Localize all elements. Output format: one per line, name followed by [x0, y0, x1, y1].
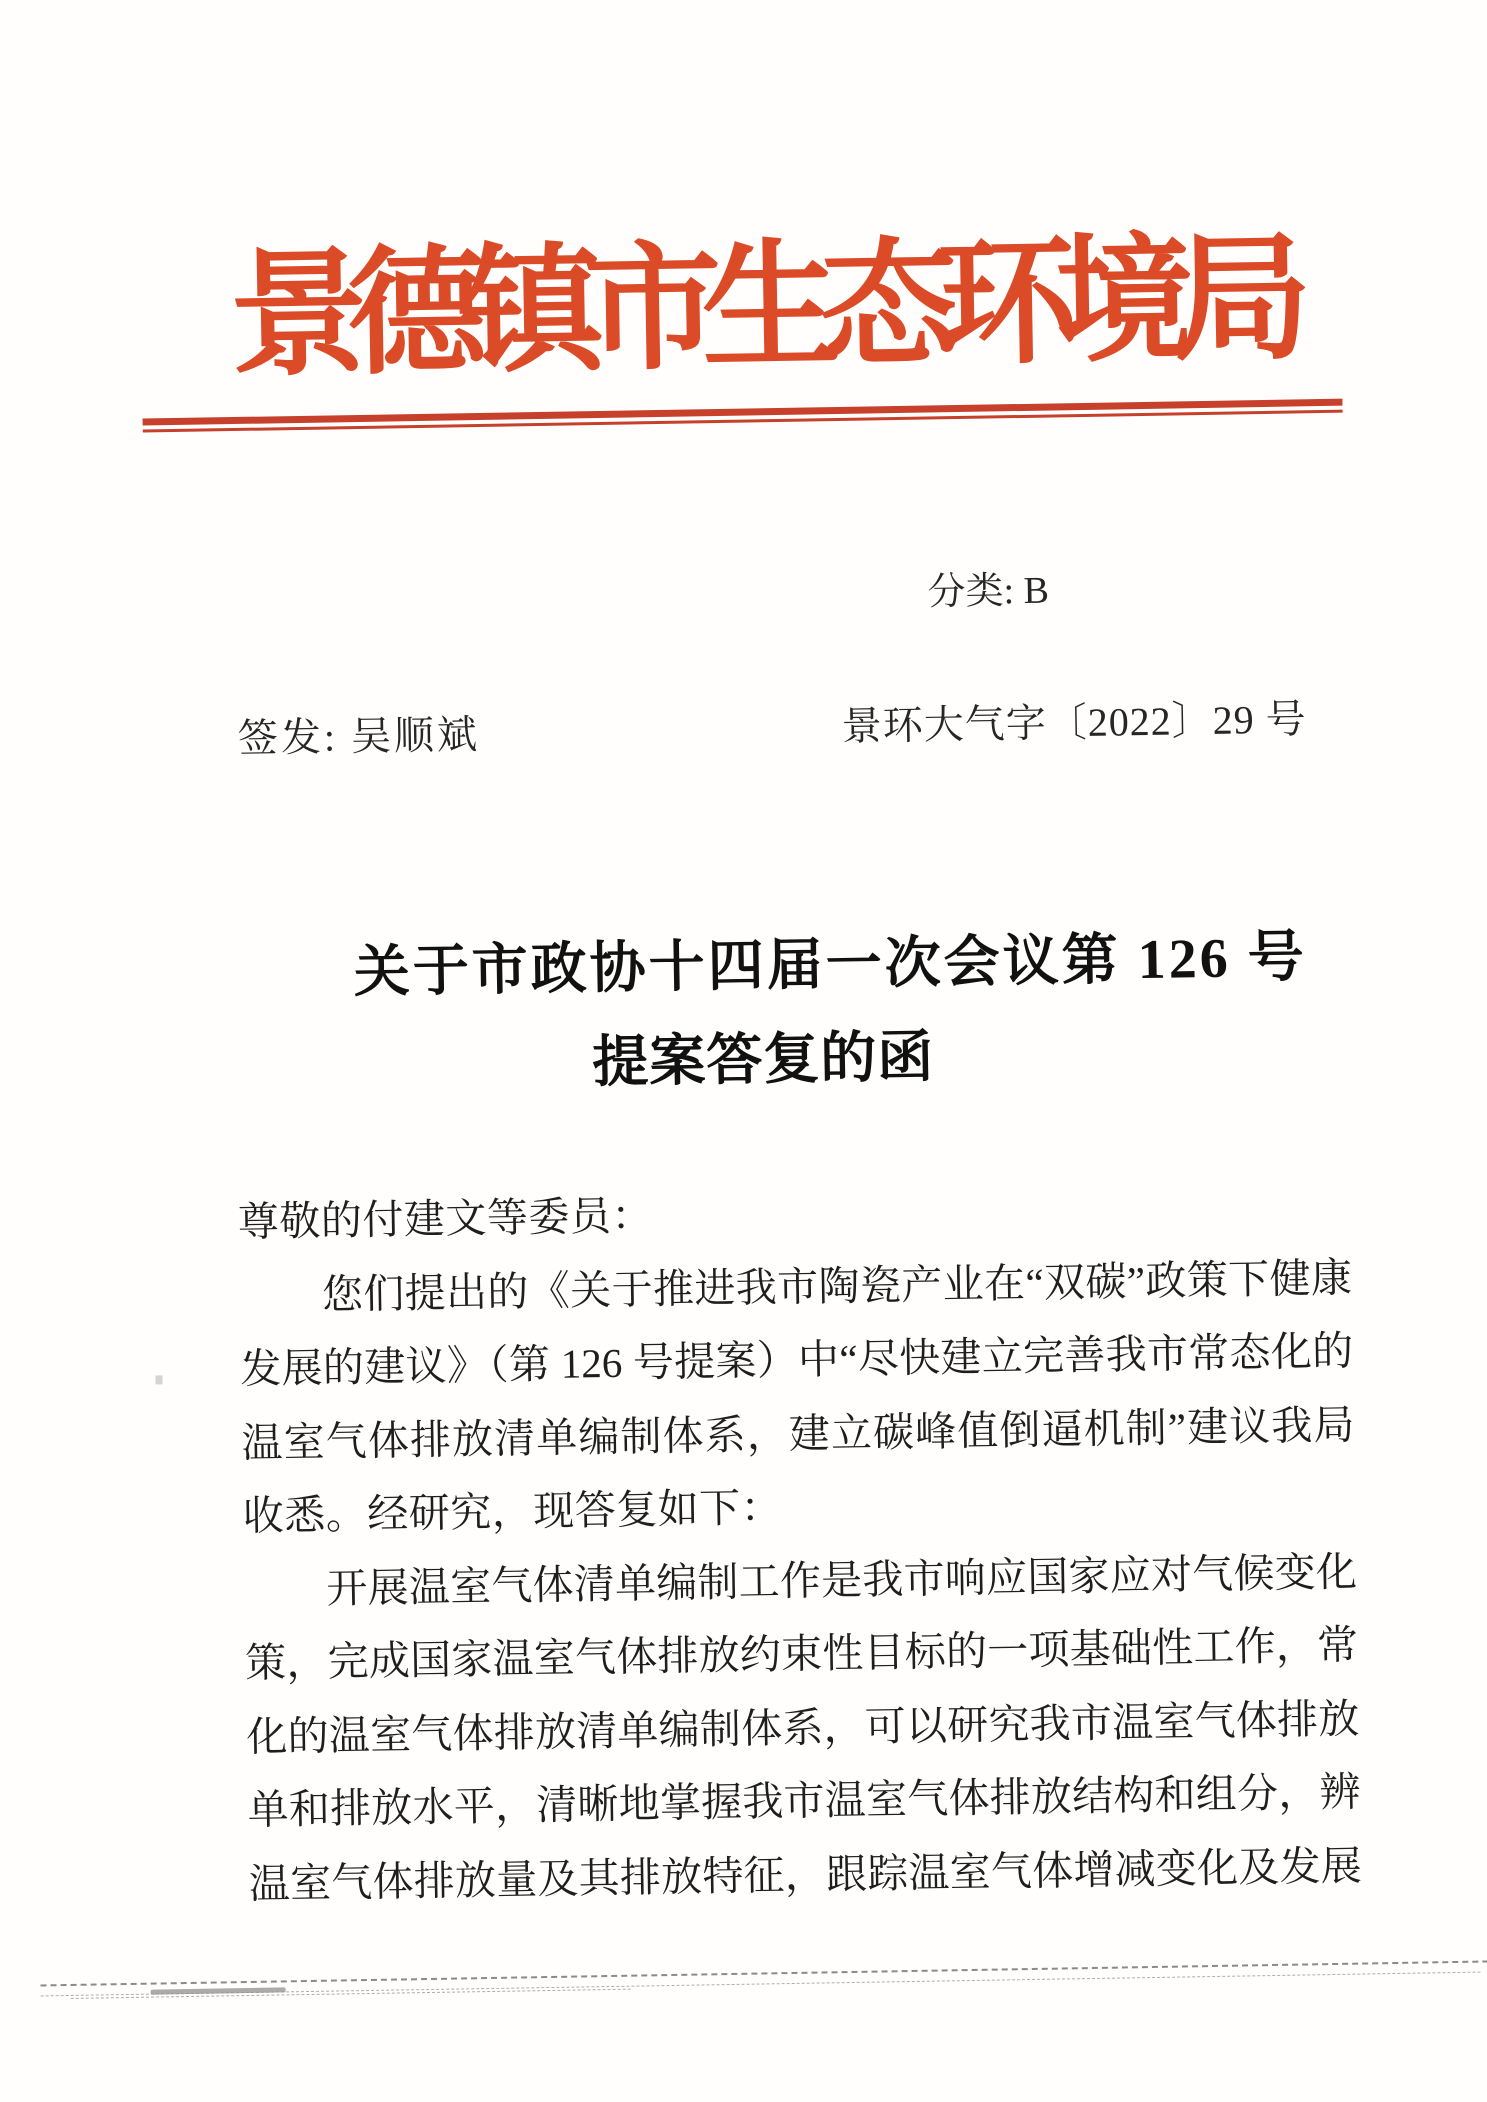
org-letterhead: 景德镇市生态环境局: [229, 230, 1293, 386]
classification-label: 分类: B: [927, 569, 1049, 615]
doc-number: 景环大气字〔2022〕29 号: [841, 696, 1307, 750]
scan-tilt-wrapper: 景德镇市生态环境局 分类: B 签发: 吴顺斌 景环大气字〔2022〕29 号 …: [0, 0, 1487, 2102]
doc-title-line2: 提案答复的函: [592, 1027, 935, 1095]
doc-title-line1: 关于市政协十四届一次会议第 126 号: [353, 926, 1307, 1004]
issuer-label: 签发: 吴顺斌: [237, 712, 480, 762]
scan-artifact-smudge: [151, 1987, 286, 1994]
issuer-row: 签发: 吴顺斌 景环大气字〔2022〕29 号: [0, 693, 1482, 768]
scanned-document-page: 景德镇市生态环境局 分类: B 签发: 吴顺斌 景环大气字〔2022〕29 号 …: [0, 0, 1487, 2102]
scan-artifact-speck: [155, 1375, 162, 1384]
letterhead-underline: [143, 399, 1343, 433]
body-text: 尊敬的付建文等委员： 您们提出的《关于推进我市陶瓷产业在“双碳”政策下健康 发展…: [237, 1168, 1362, 1921]
